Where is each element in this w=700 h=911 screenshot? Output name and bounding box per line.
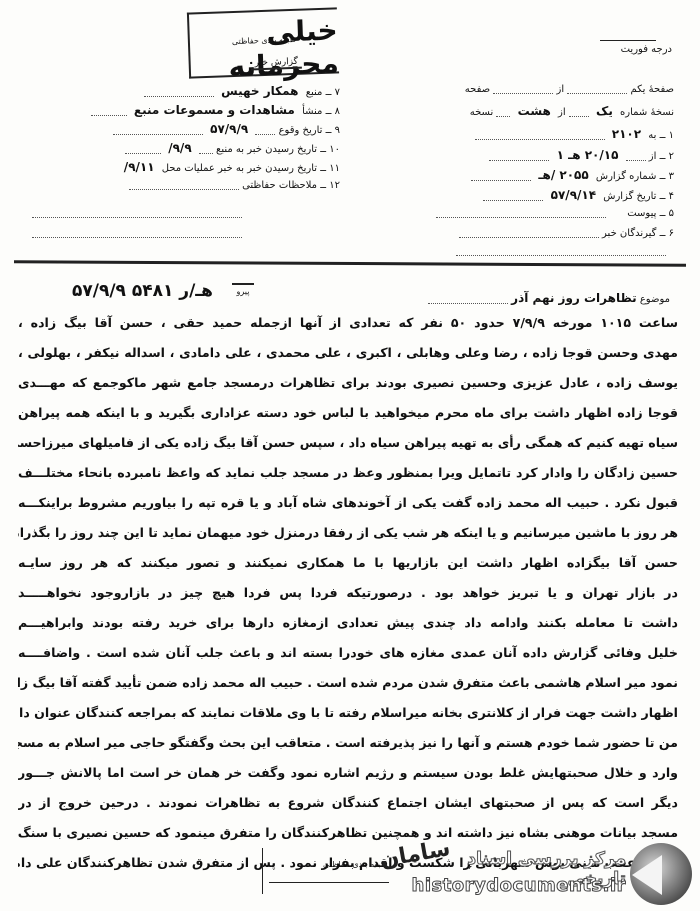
field-origin: ۸ ــ منشأ مشاهدات و مسموعات منبع [91,103,340,117]
field-label: ۹ ــ تاریخ وقوع [279,125,340,136]
body-line: در بازار تهران و یا تبریز خواهد بود . در… [18,578,678,608]
field-value: ۲۰/۱۵ هـ ۱ [557,148,619,162]
subject-label: موضوع [640,294,670,305]
header-divider [14,260,686,267]
page-fold-icon [632,855,662,895]
archive-url: historydocuments.ir [412,875,627,896]
body-line: ساعت ۱۰۱۵ مورخه ۷/۹/۹ حدود ۵۰ نفر که تعد… [18,308,678,338]
archive-watermark: مرکز بررسی اسناد تاریخی historydocuments… [452,843,692,907]
field-value: مشاهدات و مسموعات منبع [134,103,295,117]
following-label: پیرو [237,287,250,296]
field-recipients: ۶ ــ گیرندگان خبر [459,228,674,239]
field-event-date: ۹ ــ تاریخ وقوع ۵۷/۹/۹ [113,122,340,136]
body-line: من تا حضور شما خودم هستم و آنها را نیز پ… [18,728,678,758]
footer-classification-label: طبقه بندی حفاظتی [323,860,387,869]
notes-line-2 [32,228,242,239]
body-line: خلیل وفائی گزارش داده آنان عمدی مغازه ها… [18,638,678,668]
field-value: ۲۰۵۵ /هـ [538,168,588,182]
field-operations-date: ۱۱ ــ تاریخ رسیدن خبر به خبر عملیات محل … [120,160,340,174]
field-label: ۱۱ ــ تاریخ رسیدن خبر به خبر عملیات محل [162,163,340,174]
classification-text: خیلی محرمانه [201,13,339,84]
field-value: ۹/۱۱/ [124,160,155,174]
field-to: ۱ ــ به ۲۱۰۲ [475,127,674,141]
field-label: ۶ ــ گیرندگان خبر [602,228,674,239]
field-label: ۱۰ ــ تاریخ رسیدن خبر به منبع [216,144,340,155]
copy-unit: نسخه [470,107,494,118]
form-title: گزارش خبر [251,57,303,71]
body-line: یوسف زاده ، عادل عزیزی وحسین نصیری بودند… [18,368,678,398]
body-line: اظهار داشت جهت فرار از کلانتری بخانه میر… [18,698,678,728]
field-source: ۷ ــ منبع همکار خهیس [144,84,340,98]
page-from: از [557,84,565,95]
body-line: سیاه تهیه کنیم که همگی رأی به تهیه پیراه… [18,428,678,458]
field-label: ۵ ــ پیوست [627,208,674,219]
field-label: ۱ ــ به [648,130,674,141]
body-line: قوجا زاده اظهار داشت برای ماه محرم میخوا… [18,398,678,428]
subject-line: موضوع تظاهرات روز نهم آذر [428,291,670,305]
field-label: ۲ ــ از [649,151,674,162]
classification-stamp: خیلی محرمانه طبقه بندی حفاظتی گزارش خبر [187,7,339,78]
body-line: مهدی وحسن قوجا زاده ، رضا وعلی وهابلی ، … [18,338,678,368]
field-label: ۱۲ ــ ملاحظات حفاظتی [242,180,340,191]
field-from: ۲ ــ از ۲۰/۱۵ هـ ۱ [489,148,674,162]
field-recipients-continued [456,246,666,257]
priority-label: درجه فوریت [621,44,672,55]
copy-label: نسخهٔ شماره [620,107,674,118]
body-line: حسین زادگان را وادار کرد تاتمایل ویرا بم… [18,458,678,488]
document-page: خیلی محرمانه طبقه بندی حفاظتی گزارش خبر … [0,0,700,911]
field-label: ۸ ــ منشأ [302,106,340,117]
body-line: هر روز با ماشین میرسانیم و یا اینکه هر ش… [18,518,678,548]
body-line: حسن آقا بیگزاده اظهار داشت این بازاریها … [18,548,678,578]
field-report-date: ۴ ــ تاریخ گزارش ۵۷/۹/۱۴ [483,188,674,202]
field-security-notes: ۱۲ ــ ملاحظات حفاظتی [129,180,340,191]
copy-total: هشت [518,104,551,118]
copy-from: از [558,107,566,118]
body-line: داشت تا معامله بکنند وادامه داد چندی پیش… [18,608,678,638]
field-label: ۳ ــ شماره گزارش [596,171,674,182]
priority-rule [600,40,656,41]
report-body: ساعت ۱۰۱۵ مورخه ۷/۹/۹ حدود ۵۰ نفر که تعد… [18,308,678,878]
body-line: وارد و خلال صحبتهایش غلط بودن سیستم و رژ… [18,758,678,788]
page-label: صفحهٔ یکم [630,84,674,95]
copy-value: یک [596,104,613,118]
field-label: ۴ ــ تاریخ گزارش [603,191,674,202]
field-source-date: ۱۰ ــ تاریخ رسیدن خبر به منبع ۹/۹/ [125,141,340,155]
page-unit: صفحه [465,84,490,95]
field-value: ۲۱۰۲ [612,127,641,141]
body-line: دیگر است که پس از صحبتهای ایشان اجتماع ک… [18,788,678,818]
field-attachment: ۵ ــ پیوست [436,208,674,219]
field-value: ۵۷/۹/۹ [210,122,248,136]
body-line: قبول نکرد . حبیب اله محمد زاده گفت یکی ا… [18,488,678,518]
field-label: ۷ ــ منبع [306,87,340,98]
subject-text: تظاهرات روز نهم آذر [511,291,636,305]
page-count-field: صفحهٔ یکم از صفحه [465,84,674,95]
field-value: ۵۷/۹/۱۴ [551,188,596,202]
field-value: همکار خهیس [221,84,298,98]
copy-number-field: نسخهٔ شماره یک از هشت نسخه [470,104,674,118]
reference-number: ۵۷/۹/۹ هـ/ر ۵۴۸۱ [72,281,213,301]
notes-line-1 [32,208,242,219]
body-line: نمود میر اسلام هاشمی باعث متفرق شدن مردم… [18,668,678,698]
field-report-number: ۳ ــ شماره گزارش ۲۰۵۵ /هـ [471,168,674,182]
field-value: ۹/۹/ [168,141,191,155]
following-note: پیرو [232,283,254,296]
